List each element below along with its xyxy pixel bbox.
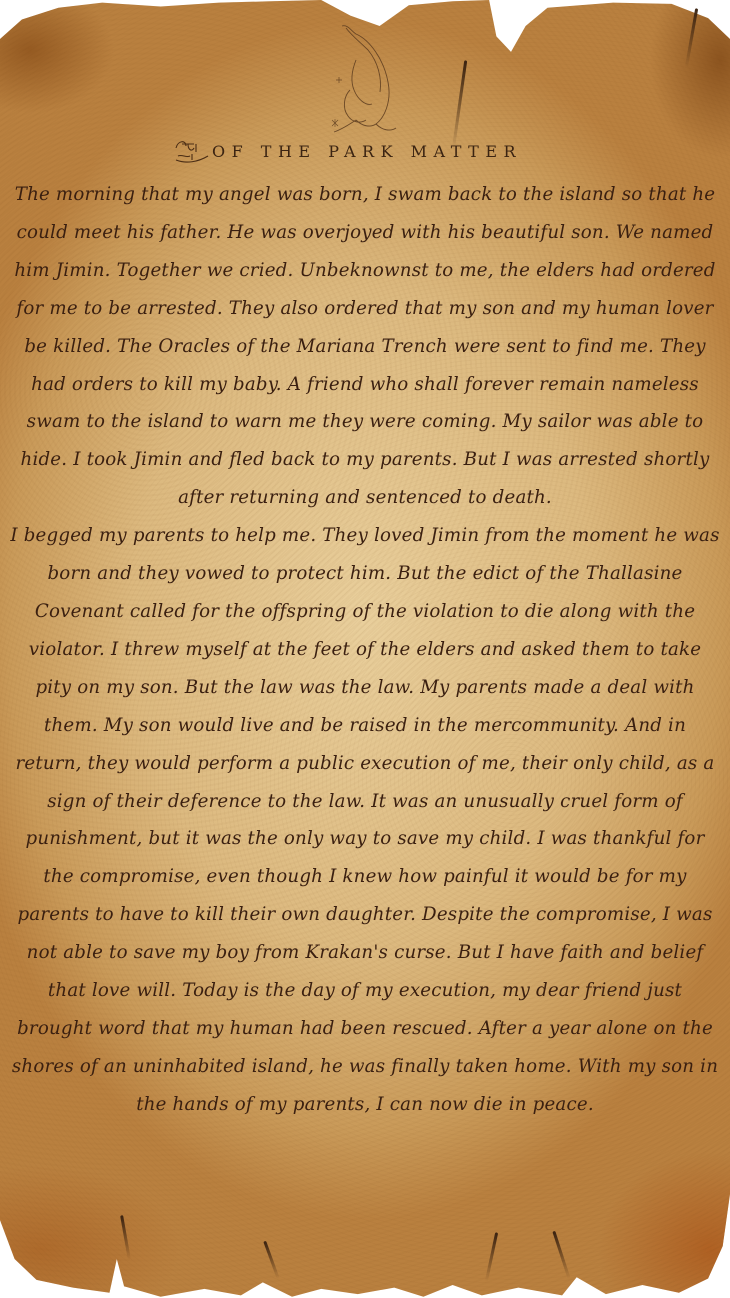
letter-paragraph: I begged my parents to help me. They lov… (8, 517, 722, 1124)
mermaid-emblem-icon (326, 20, 406, 138)
signature-logo-icon (172, 136, 210, 166)
letter-paragraph: The morning that my angel was born, I sw… (8, 176, 722, 517)
letter-body: The morning that my angel was born, I sw… (8, 176, 722, 1124)
document-title: OF THE PARK MATTER (212, 142, 522, 161)
document-header: OF THE PARK MATTER (172, 136, 522, 166)
